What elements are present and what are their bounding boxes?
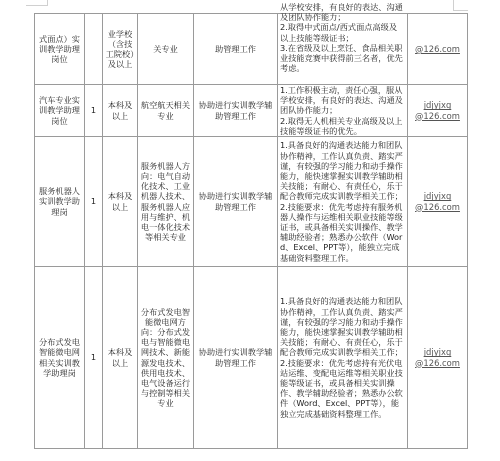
major-requirement: 航空航天相关专业: [138, 85, 194, 137]
major-requirement: 关专业: [138, 14, 194, 85]
other-requirements: 1.具备良好的沟通表达能力和团队协作精神，工作认真负责、踏实严谨，有较强的学习能…: [278, 267, 408, 449]
other-requirements: 1.具备良好的沟通表达能力和团队协作精神，工作认真负责、踏实严谨，有较强的学习能…: [278, 137, 408, 267]
headcount: 1: [85, 85, 103, 137]
headcount: 1: [85, 137, 103, 267]
email-text[interactable]: @126.com: [409, 44, 466, 54]
education-requirement: 本科及以上: [103, 137, 138, 267]
table-row: 汽车专业实训教学助理岗位 1 本科及以上 航空航天相关专业 协助进行实训教学辅助…: [35, 85, 468, 137]
page-corner-mark-right: [453, 0, 468, 11]
table-row: 式面点）实训教学助理岗位 业学校（含技工院校）及以上 关专业 助管理工作 从学校…: [35, 14, 468, 85]
table-row: 分布式发电智能微电网相关实训教学助理岗 1 本科及以上 分布式发电智能微电网方向…: [35, 267, 468, 449]
post-name: 式面点）实训教学助理岗位: [35, 14, 85, 85]
job-duty: 协助进行实训教学辅助管理工作: [194, 137, 278, 267]
email-text[interactable]: jdjyjxg @126.com: [409, 347, 466, 367]
education-requirement: 业学校（含技工院校）及以上: [103, 14, 138, 85]
table-row: 服务机器人实训教学助理岗 1 本科及以上 服务机器人方向：电气自动化技术、工业机…: [35, 137, 468, 267]
job-duty: 协助进行实训教学辅助管理工作: [194, 267, 278, 449]
headcount: 1: [85, 267, 103, 449]
email-text[interactable]: jdjyjxg @126.com: [409, 191, 466, 211]
requirements-text: 1.具备良好的沟通表达能力和团队协作精神，工作认真负责、踏实严谨，有较强的学习能…: [280, 140, 405, 262]
recruitment-table: 式面点）实训教学助理岗位 业学校（含技工院校）及以上 关专业 助管理工作 从学校…: [34, 13, 468, 449]
contact-email[interactable]: jdjyjxg @126.com: [408, 85, 468, 137]
job-duty: 协助进行实训教学辅助管理工作: [194, 85, 278, 137]
requirements-text: 1.工作积极主动，责任心强，服从学校安排，有良好的表达、沟通及团队协作能力； 2…: [280, 85, 405, 136]
contact-email[interactable]: jdjyjxg @126.com: [408, 267, 468, 449]
major-requirement: 分布式发电智能微电网方向：分布式发电与智能微电网技术、新能源发电技术、供用电技术…: [138, 267, 194, 449]
education-requirement: 本科及以上: [103, 85, 138, 137]
major-requirement: 服务机器人方向：电气自动化技术、工业机器人技术、服务机器人应用与维护、机电一体化…: [138, 137, 194, 267]
requirements-text: 1.具备良好的沟通表达能力和团队协作精神，工作认真负责、踏实严谨，有较强的学习能…: [280, 296, 405, 418]
page-corner-mark-left: [26, 0, 48, 6]
post-name: 汽车专业实训教学助理岗位: [35, 85, 85, 137]
requirements-text: 从学校安排，有良好的表达、沟通及团队协作能力； 2.取得中式面点/西式面点高级及…: [280, 2, 405, 73]
job-duty: 助管理工作: [194, 14, 278, 85]
contact-email[interactable]: jdjyjxg @126.com: [408, 137, 468, 267]
other-requirements: 从学校安排，有良好的表达、沟通及团队协作能力； 2.取得中式面点/西式面点高级及…: [278, 14, 408, 85]
post-name: 服务机器人实训教学助理岗: [35, 137, 85, 267]
contact-email[interactable]: @126.com: [408, 14, 468, 85]
headcount: [85, 14, 103, 85]
other-requirements: 1.工作积极主动，责任心强，服从学校安排，有良好的表达、沟通及团队协作能力； 2…: [278, 85, 408, 137]
email-text[interactable]: jdjyjxg @126.com: [409, 100, 466, 120]
education-requirement: 本科及以上: [103, 267, 138, 449]
post-name: 分布式发电智能微电网相关实训教学助理岗: [35, 267, 85, 449]
